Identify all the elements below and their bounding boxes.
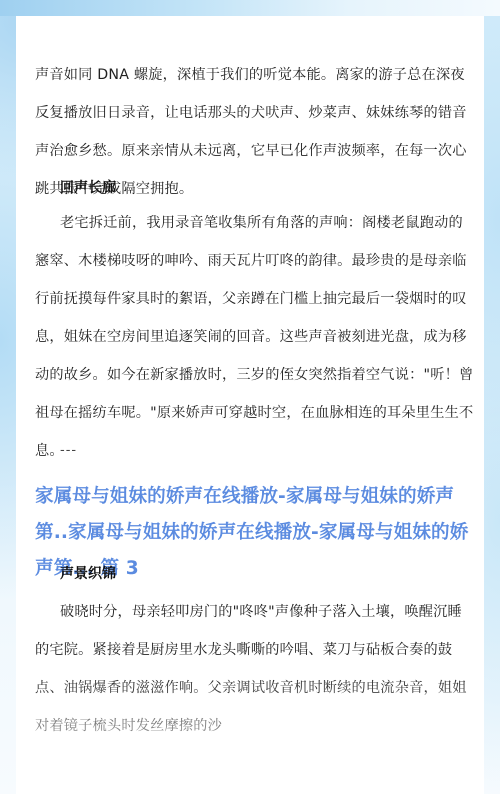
section-subtitle-echo-corridor: 回声长廊 [60, 178, 116, 198]
section-1-paragraph: 老宅拆迁前，我用录音笔收集所有角落的声响：阁楼老鼠跑动的窸窣、木楼梯吱呀的呻吟、… [35, 204, 475, 470]
card-bottom-fade [16, 674, 484, 794]
separator: --- [60, 443, 77, 458]
background-watercolor-band [0, 0, 500, 16]
article-card: 声音如同 DNA 螺旋，深植于我们的听觉本能。离家的游子总在深夜反复播放旧日录音… [16, 16, 484, 794]
section-subtitle-soundscape: 声景织锦 [60, 564, 116, 584]
